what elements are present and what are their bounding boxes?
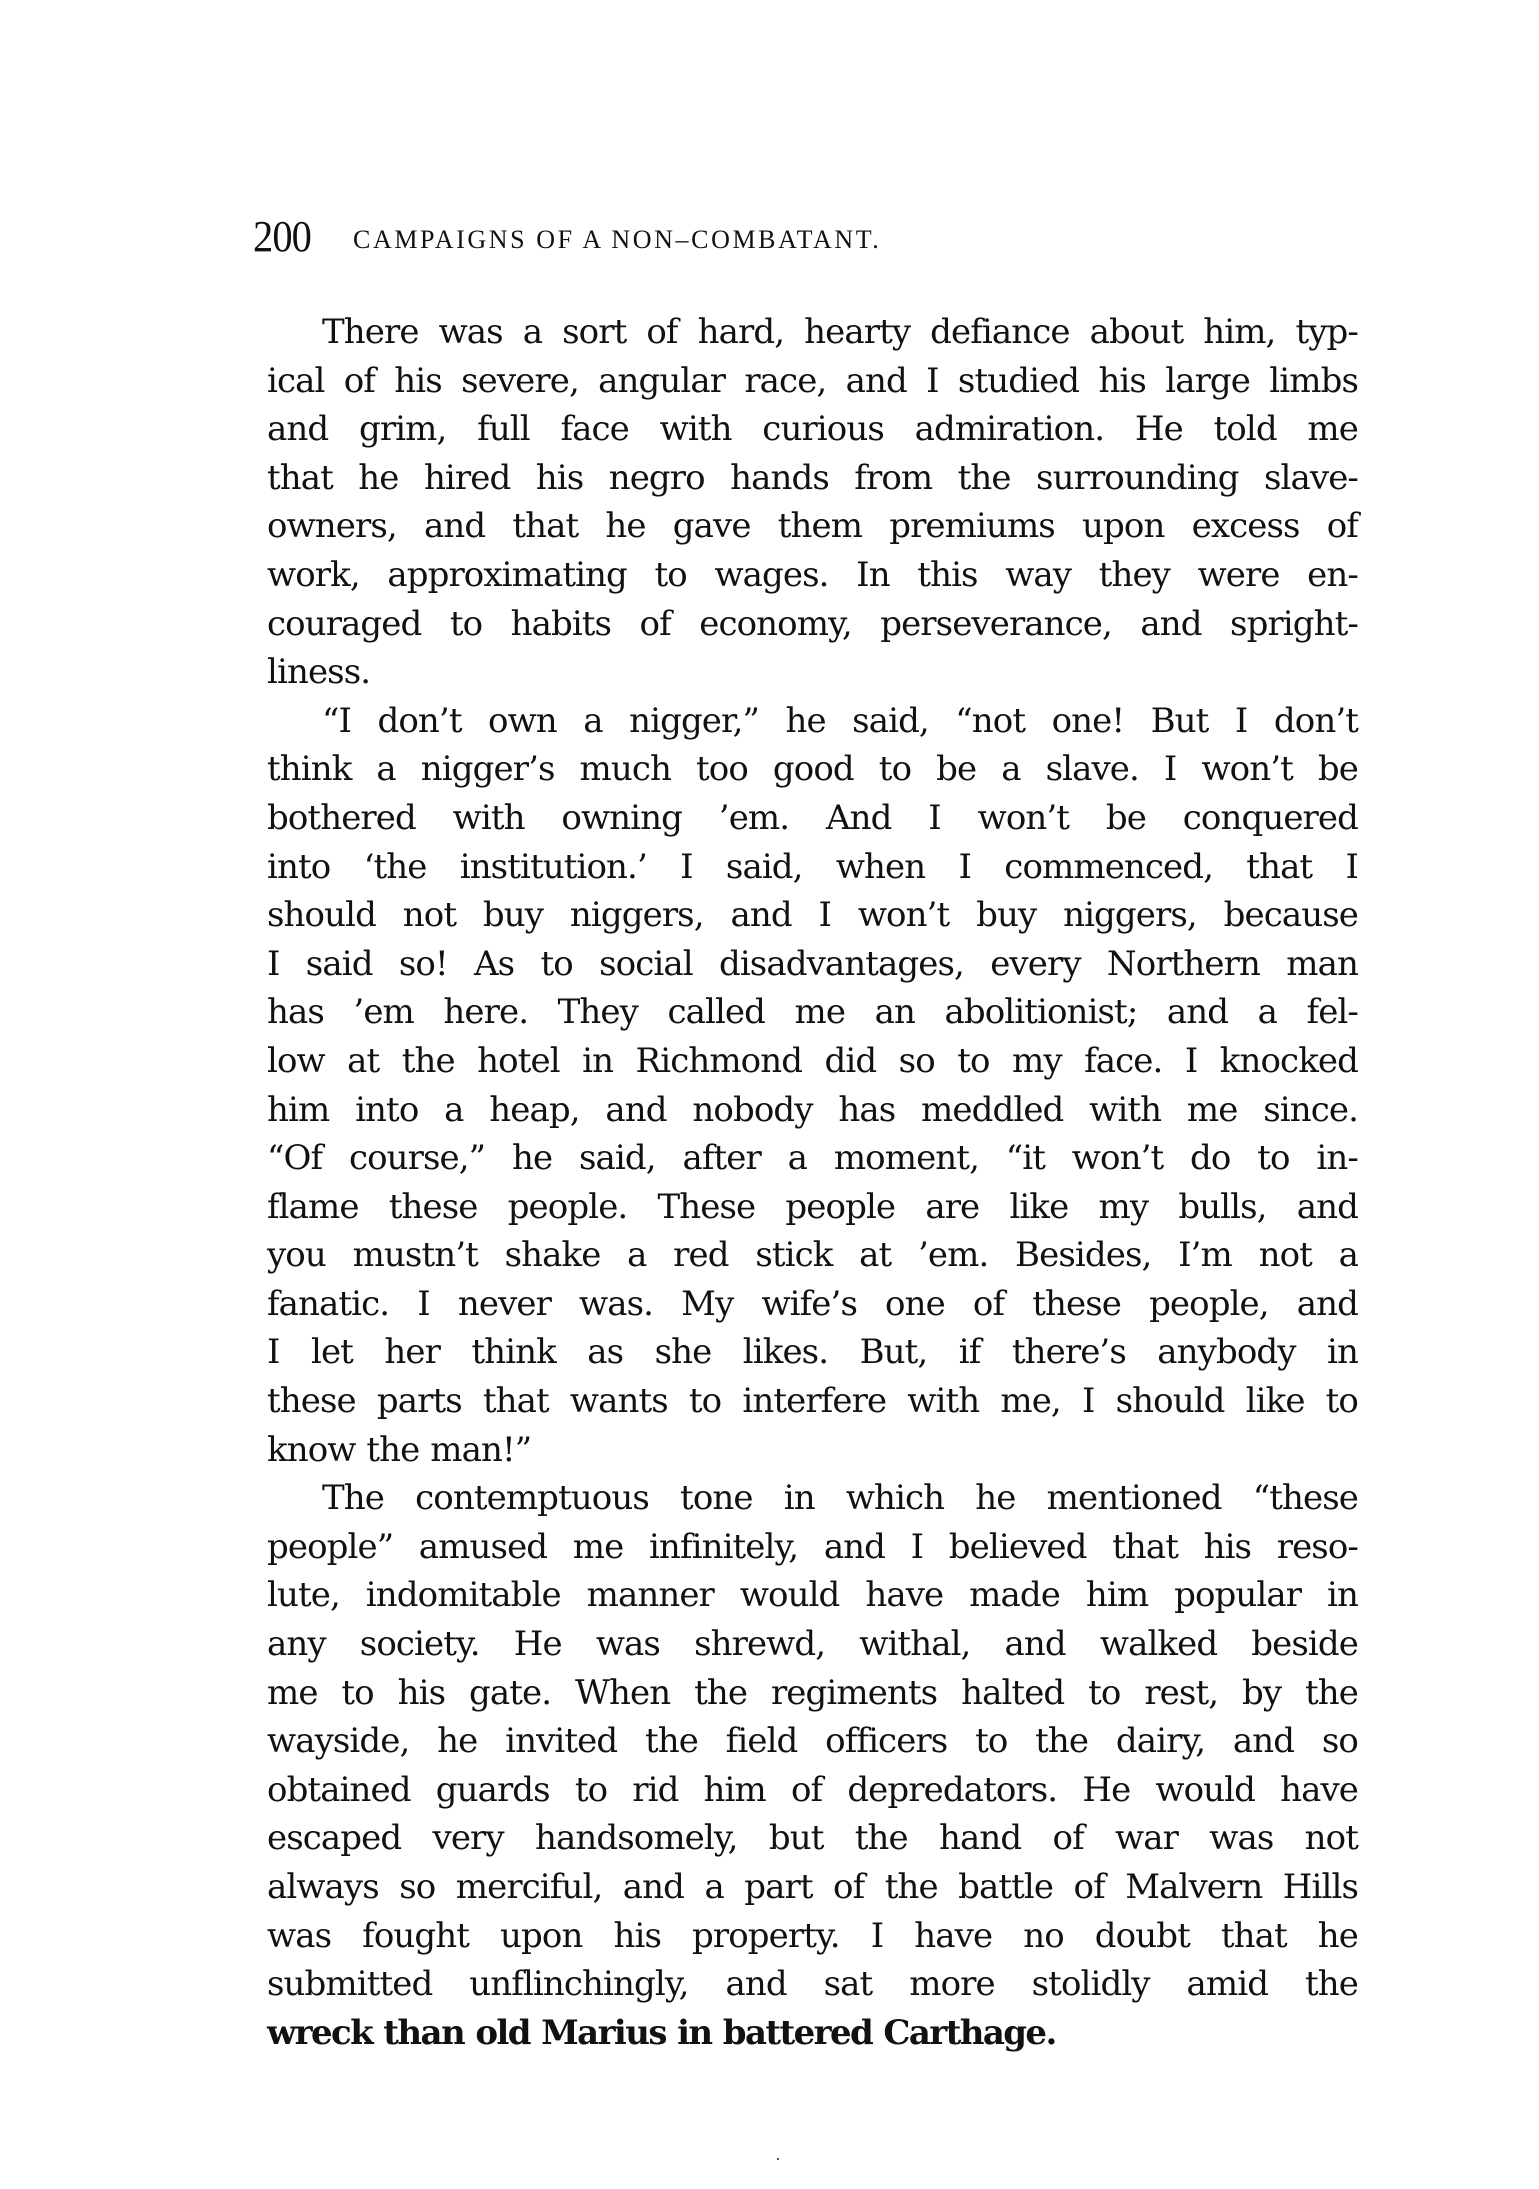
text-line: obtained guards to rid him of depredator… xyxy=(267,1766,1358,1815)
text-line: should not buy niggers, and I won’t buy … xyxy=(267,891,1358,940)
scan-speck xyxy=(777,2158,779,2160)
text-line: that he hired his negro hands from the s… xyxy=(267,454,1358,503)
text-line: “Of course,” he said, after a moment, “i… xyxy=(267,1134,1358,1183)
text-line: think a nigger’s much too good to be a s… xyxy=(267,745,1358,794)
text-line: flame these people. These people are lik… xyxy=(267,1183,1358,1232)
text-line: owners, and that he gave them premiums u… xyxy=(267,502,1358,551)
text-line: was fought upon his property. I have no … xyxy=(267,1912,1358,1961)
text-line: wreck than old Marius in battered Cartha… xyxy=(267,2009,1358,2058)
text-line: these parts that wants to interfere with… xyxy=(267,1377,1358,1426)
text-line: I let her think as she likes. But, if th… xyxy=(267,1328,1358,1377)
text-line: bothered with owning ’em. And I won’t be… xyxy=(267,794,1358,843)
text-line: ical of his severe, angular race, and I … xyxy=(267,357,1358,406)
running-head: 200 CAMPAIGNS OF A NON–COMBATANT. xyxy=(253,212,1363,262)
text-line: submitted unflinchingly, and sat more st… xyxy=(267,1960,1358,2009)
text-line: The contemptuous tone in which he mentio… xyxy=(267,1474,1358,1523)
text-line: into ‘the institution.’ I said, when I c… xyxy=(267,843,1358,892)
text-line: There was a sort of hard, hearty defianc… xyxy=(267,308,1358,357)
text-line: fanatic. I never was. My wife’s one of t… xyxy=(267,1280,1358,1329)
text-line: always so merciful, and a part of the ba… xyxy=(267,1863,1358,1912)
book-page: 200 CAMPAIGNS OF A NON–COMBATANT. There … xyxy=(0,0,1539,2189)
text-line: has ’em here. They called me an abolitio… xyxy=(267,988,1358,1037)
text-line: work, approximating to wages. In this wa… xyxy=(267,551,1358,600)
text-line: liness. xyxy=(267,648,1358,697)
text-line: couraged to habits of economy, persevera… xyxy=(267,600,1358,649)
text-line: you mustn’t shake a red stick at ’em. Be… xyxy=(267,1231,1358,1280)
text-line: any society. He was shrewd, withal, and … xyxy=(267,1620,1358,1669)
text-line: and grim, full face with curious admirat… xyxy=(267,405,1358,454)
text-line: low at the hotel in Richmond did so to m… xyxy=(267,1037,1358,1086)
text-line: people” amused me infinitely, and I beli… xyxy=(267,1523,1358,1572)
text-line: “I don’t own a nigger,” he said, “not on… xyxy=(267,697,1358,746)
text-line: lute, indomitable manner would have made… xyxy=(267,1571,1358,1620)
running-title: CAMPAIGNS OF A NON–COMBATANT. xyxy=(353,220,881,260)
text-line: me to his gate. When the regiments halte… xyxy=(267,1669,1358,1718)
text-line: wayside, he invited the field officers t… xyxy=(267,1717,1358,1766)
text-line: I said so! As to social disadvantages, e… xyxy=(267,940,1358,989)
text-line: him into a heap, and nobody has meddled … xyxy=(267,1086,1358,1135)
text-line: escaped very handsomely, but the hand of… xyxy=(267,1814,1358,1863)
page-number: 200 xyxy=(253,212,311,262)
body-text: There was a sort of hard, hearty defianc… xyxy=(267,308,1358,2057)
text-line: know the man!” xyxy=(267,1426,1358,1475)
